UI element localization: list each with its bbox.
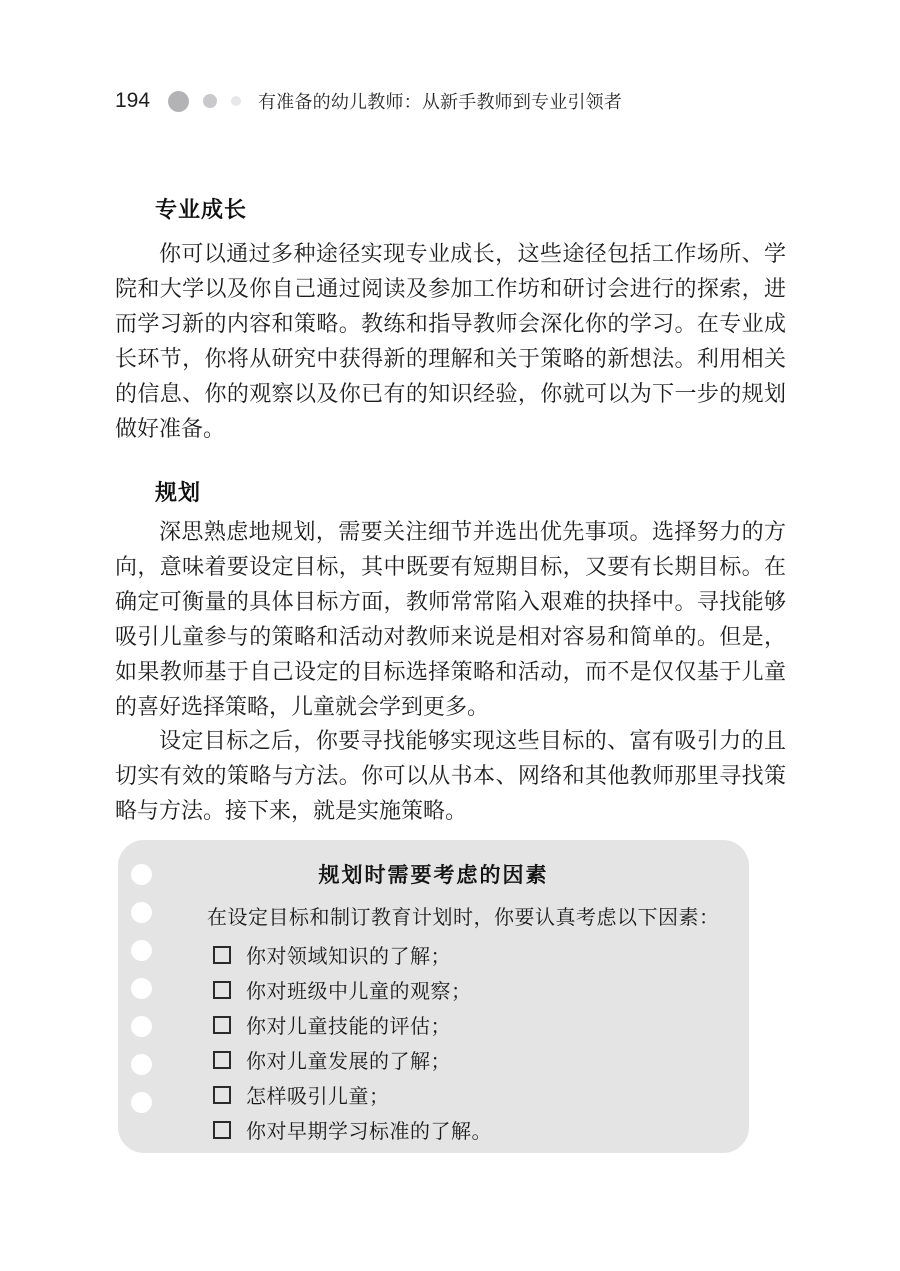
section-heading-professional-growth: 专业成长 [155,193,247,224]
callout-intro: 在设定目标和制订教育计划时，你要认真考虑以下因素： [207,901,720,930]
paragraph-planning-1: 深思熟虑地规划，需要关注细节并选出优先事项。选择努力的方向，意味着要设定目标，其… [115,514,786,724]
binder-holes [131,864,152,1113]
checklist-item-label: 你对领域知识的了解； [246,940,451,969]
dot-small-icon [231,96,241,106]
checklist-item-label: 怎样吸引儿童； [246,1080,390,1109]
checklist-item: 你对早期学习标准的了解。 [213,1112,719,1147]
binder-hole-icon [131,978,152,999]
checkbox-icon [213,1086,231,1104]
checklist: 你对领域知识的了解； 你对班级中儿童的观察； 你对儿童技能的评估； 你对儿童发展… [213,937,719,1147]
checklist-item: 怎样吸引儿童； [213,1077,719,1112]
dot-large-icon [168,91,189,112]
checklist-item: 你对领域知识的了解； [213,937,719,972]
checkbox-icon [213,946,231,964]
paragraph-professional-growth: 你可以通过多种途径实现专业成长，这些途径包括工作场所、学院和大学以及你自己通过阅… [115,236,786,446]
checklist-item-label: 你对早期学习标准的了解。 [246,1115,492,1144]
checkbox-icon [213,1016,231,1034]
binder-hole-icon [131,1016,152,1037]
header-dots [168,91,241,112]
callout-box: 规划时需要考虑的因素 在设定目标和制订教育计划时，你要认真考虑以下因素： 你对领… [118,840,749,1153]
binder-hole-icon [131,1054,152,1075]
section-heading-planning: 规划 [155,476,201,507]
checklist-item-label: 你对儿童发展的了解； [246,1045,451,1074]
callout-title: 规划时需要考虑的因素 [118,859,749,889]
dot-medium-icon [203,94,217,108]
binder-hole-icon [131,940,152,961]
page-header: 194 有准备的幼儿教师：从新手教师到专业引领者 [115,86,785,116]
checkbox-icon [213,1051,231,1069]
checkbox-icon [213,981,231,999]
checklist-item: 你对儿童发展的了解； [213,1042,719,1077]
paragraph-planning-2: 设定目标之后，你要寻找能够实现这些目标的、富有吸引力的且切实有效的策略与方法。你… [115,723,786,828]
binder-hole-icon [131,1092,152,1113]
checklist-item: 你对儿童技能的评估； [213,1007,719,1042]
running-title: 有准备的幼儿教师：从新手教师到专业引领者 [258,88,622,114]
page-number: 194 [115,89,150,113]
checklist-item-label: 你对儿童技能的评估； [246,1010,451,1039]
book-page: 194 有准备的幼儿教师：从新手教师到专业引领者 专业成长 你可以通过多种途径实… [0,0,900,1271]
checklist-item-label: 你对班级中儿童的观察； [246,975,472,1004]
binder-hole-icon [131,902,152,923]
checklist-item: 你对班级中儿童的观察； [213,972,719,1007]
checkbox-icon [213,1121,231,1139]
